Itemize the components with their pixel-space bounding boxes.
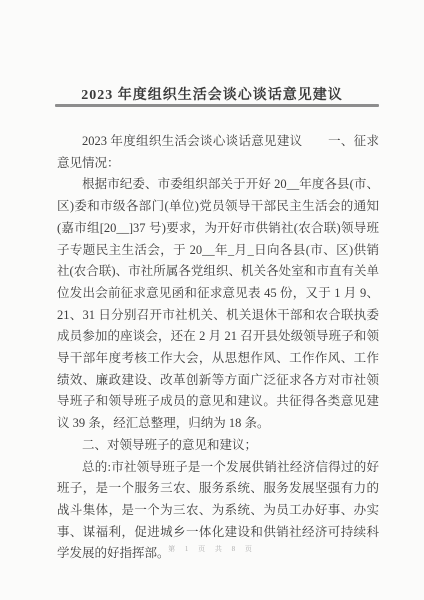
- paragraph: 二、对领导班子的意见和建议；: [57, 435, 379, 457]
- document-title: 2023 年度组织生活会谈心谈话意见建议: [0, 84, 424, 104]
- title-divider: [55, 104, 379, 107]
- paragraph: 根据市纪委、市委组织部关于开好 20__年度各县(市、区)委和市级各部门(单位)…: [57, 174, 379, 434]
- document-body: 2023 年度组织生活会谈心谈话意见建议 一、征求意见情况： 根据市纪委、市委组…: [57, 131, 379, 565]
- page-number: 第 1 页 共 8 页: [0, 544, 424, 554]
- document-page: 2023 年度组织生活会谈心谈话意见建议 2023 年度组织生活会谈心谈话意见建…: [0, 0, 424, 600]
- paragraph: 2023 年度组织生活会谈心谈话意见建议 一、征求意见情况：: [57, 131, 379, 174]
